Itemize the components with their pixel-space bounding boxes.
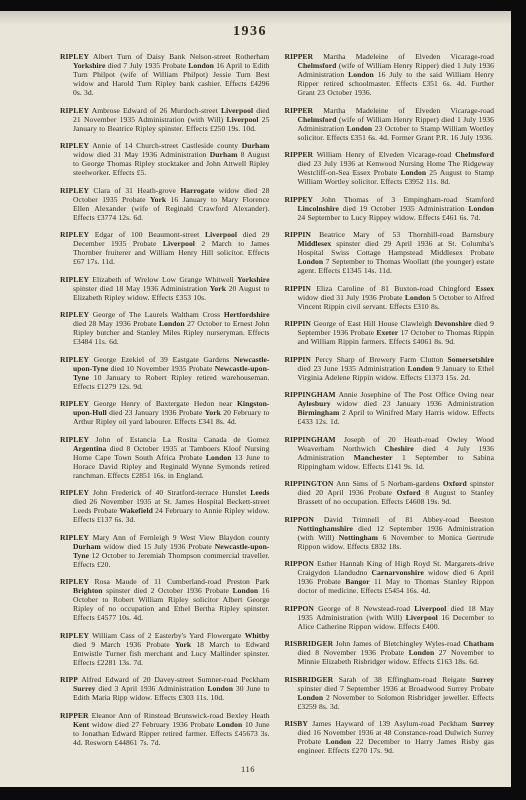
probate-entry: RIPPER Martha Madeleine of Elveden Vicar… — [285, 52, 495, 97]
probate-entry: RIPPON David Trimnell of 81 Abbey-road B… — [285, 515, 495, 551]
probate-entry: RISBY James Hayward of 139 Asylum-road P… — [285, 719, 495, 755]
probate-entry: RIPPINGTON Ann Sims of 5 Norham-gardens … — [285, 479, 495, 506]
probate-entry: RIPPON George of 8 Newstead-road Liverpo… — [285, 604, 495, 631]
probate-entry: RISBRIDGER Sarah of 38 Effingham-road Re… — [285, 675, 495, 711]
probate-entry: RIPPIN Percy Sharp of Brewery Farm Clutt… — [285, 355, 495, 382]
scan-border-top — [0, 0, 526, 11]
left-column: RIPLEY Albert Turn of Daisy Bank Nelson-… — [60, 52, 270, 764]
scan-border-right — [511, 0, 526, 800]
probate-entry: RIPPIN George of East Hill House Clawlei… — [285, 319, 495, 346]
probate-entry: RIPLEY Annie of 14 Church-street Castles… — [60, 141, 270, 177]
right-column: RIPPER Martha Madeleine of Elveden Vicar… — [285, 52, 495, 764]
probate-entry: RIPLEY Elizabeth of Wrelow Low Grange Wh… — [60, 275, 270, 302]
probate-entry: RIPLEY Clara of 31 Heath-grove Harrogate… — [60, 186, 270, 222]
probate-entry: RIPLEY Edgar of 100 Beaumont-street Live… — [60, 230, 270, 266]
probate-entry: RIPPER Eleanor Ann of Rinstead Brunswick… — [60, 711, 270, 747]
probate-entry: RIPLEY George Henry of Baxtergate Hedon … — [60, 399, 270, 426]
probate-entry: RIPLEY George Ezekiel of 39 Eastgate Gar… — [60, 355, 270, 391]
probate-entry: RIPPEY John Thomas of 3 Empingham-road S… — [285, 195, 495, 222]
probate-entry: RIPLEY John of Estancia La Rosita Canada… — [60, 435, 270, 480]
probate-entry: RIPPON Esther Hannah King of High Royd S… — [285, 559, 495, 595]
probate-entry: RIPPER Martha Madeleine of Elveden Vicar… — [285, 106, 495, 142]
probate-entry: RIPPIN Beatrice Mary of 53 Thornhill-roa… — [285, 230, 495, 275]
probate-calendar-page: RIPLEY Albert Turn of Daisy Bank Nelson-… — [60, 52, 494, 764]
probate-entry: RIPP Alfred Edward of 20 Davey-street Su… — [60, 675, 270, 702]
page-number: 116 — [0, 764, 496, 774]
probate-entry: RIPLEY John Frederick of 40 Stratford-te… — [60, 488, 270, 524]
probate-entry: RIPPINGHAM Joseph of 20 Heath-road Owley… — [285, 435, 495, 471]
probate-entry: RIPLEY William Cass of 2 Easterby's Yard… — [60, 631, 270, 667]
probate-entry: RIPLEY George of The Laurels Waltham Cro… — [60, 310, 270, 346]
scan-border-bottom — [0, 787, 526, 800]
probate-entry: RIPLEY Ambrose Edward of 26 Murdoch-stre… — [60, 106, 270, 133]
probate-entry: RIPPINGHAM Annie Josephine of The Post O… — [285, 390, 495, 426]
probate-entry: RIPPIN Eliza Caroline of 81 Buxton-road … — [285, 284, 495, 311]
scan-shadow — [0, 11, 526, 25]
probate-entry: RISBRIDGER John James of Bletchingley Wy… — [285, 639, 495, 666]
probate-entry: RIPLEY Albert Turn of Daisy Bank Nelson-… — [60, 52, 270, 97]
probate-entry: RIPPER William Henry of Elveden Vicarage… — [285, 150, 495, 186]
probate-entry: RIPLEY Rosa Maude of 11 Cumberland-road … — [60, 577, 270, 622]
probate-entry: RIPLEY Mary Ann of Fernleigh 9 West View… — [60, 533, 270, 569]
